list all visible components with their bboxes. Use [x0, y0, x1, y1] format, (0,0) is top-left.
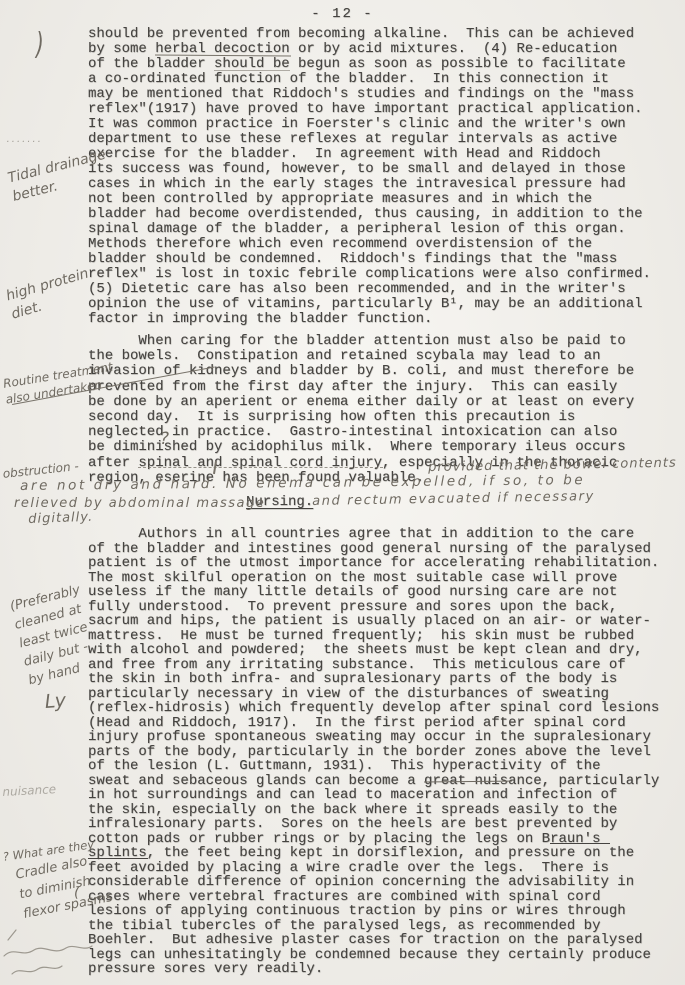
margin-ly-mark: Ly [44, 689, 67, 716]
margin-note-nuisance: nuisance [2, 781, 57, 800]
typed-paragraph-bladder-care: should be prevented from becoming alkali… [88, 27, 651, 327]
margin-bracket-mark: ) [36, 24, 44, 65]
scanned-document-page: - 12 - should be prevented from becoming… [0, 0, 685, 985]
page-number: - 12 - [0, 6, 685, 22]
handwritten-interlinear-line4: digitally. [28, 509, 93, 529]
margin-question-mark: ? [160, 428, 169, 451]
margin-note-cleaning: (Preferably cleaned at least twice daily… [8, 581, 101, 691]
margin-note-high-protein-diet: high protein diet. [4, 265, 96, 325]
handwritten-interlinear-line3b: and rectum evacuated if necessary [312, 488, 595, 510]
margin-dotted-mark: ······· [6, 136, 42, 150]
typed-paragraph-nursing: Authors in all countries agree that in a… [88, 527, 659, 977]
margin-paren-mark: ( [74, 884, 79, 903]
